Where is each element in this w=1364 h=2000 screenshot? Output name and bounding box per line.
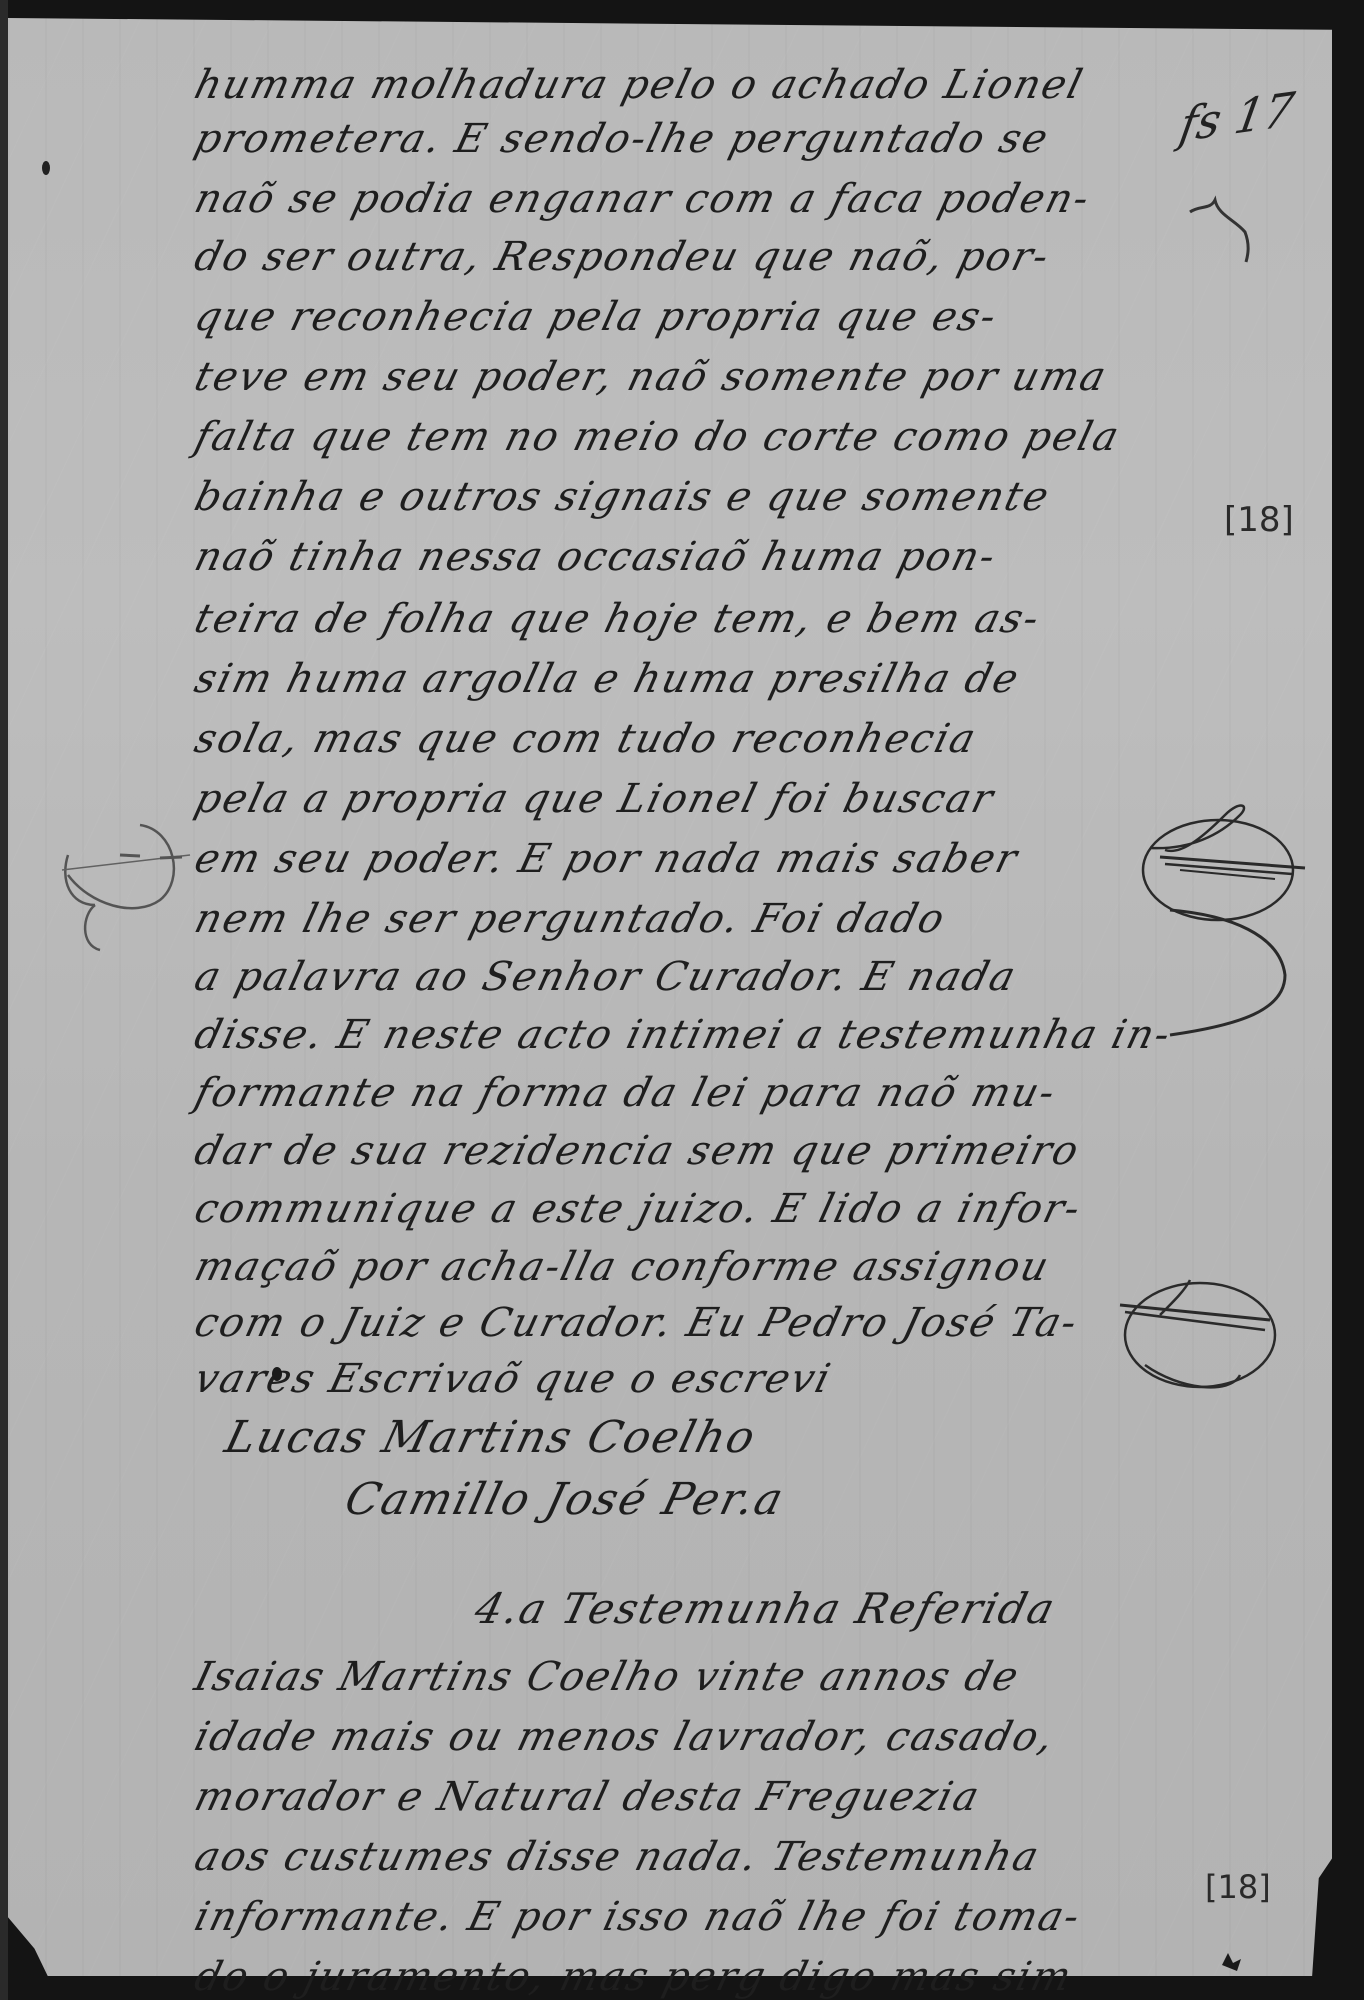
text-line: com o Juiz e Curador. Eu Pedro José Ta-: [190, 1300, 1083, 1346]
text-line: bainha e outros signais e que somente: [190, 474, 1055, 520]
text-line: informante. E por isso naõ lhe foi toma-: [190, 1894, 1086, 1940]
text-line: prometera. E sendo-lhe perguntado se: [190, 116, 1054, 162]
text-line: humma molhadura pelo o achado Lionel: [190, 62, 1088, 108]
text-line: maçaõ por acha-lla conforme assignou: [190, 1244, 1055, 1290]
text-line: falta que tem no meio do corte como pela: [190, 414, 1125, 460]
text-line: sim huma argolla e huma presilha de: [190, 656, 1025, 702]
text-line: pela a propria que Lionel foi buscar: [190, 776, 999, 822]
text-line: em seu poder. E por nada mais saber: [190, 836, 1023, 882]
text-line: morador e Natural desta Freguezia: [190, 1774, 985, 1820]
text-line: aos custumes disse nada. Testemunha: [190, 1834, 1045, 1880]
scan-left-edge: [0, 0, 8, 2000]
text-line: teira de folha que hoje tem, e bem as-: [190, 596, 1045, 642]
text-line: idade mais ou menos lavrador, casado,: [190, 1714, 1060, 1760]
text-line: Isaias Martins Coelho vinte annos de: [190, 1654, 1025, 1700]
archive-number-mid: [18]: [1224, 500, 1294, 540]
archive-number-bottom: [18]: [1205, 1868, 1271, 1906]
text-line: vares Escrivaõ que o escrevi: [190, 1356, 837, 1402]
text-line: naõ se podia enganar com a faca poden-: [190, 176, 1095, 222]
text-line: dar de sua rezidencia sem que primeiro: [190, 1128, 1085, 1174]
text-line: sola, mas que com tudo reconhecia: [190, 716, 982, 762]
text-line: communique a este juizo. E lido a infor-: [190, 1186, 1087, 1232]
signature-lucas-martins-coelho: Lucas Martins Coelho: [220, 1412, 762, 1463]
text-line: nem lhe ser perguntado. Foi dado: [190, 896, 951, 942]
text-line: a palavra ao Senhor Curador. E nada: [190, 954, 1022, 1000]
text-line: naõ tinha nessa occasiaõ huma pon-: [190, 534, 1002, 580]
text-line: do ser outra, Respondeu que naõ, por-: [190, 234, 1055, 280]
signature-camillo-jose: Camillo José Per.a: [340, 1474, 790, 1525]
text-line: do o juramento, mas perg digo mas sim: [190, 1954, 1078, 2000]
section-heading: 4.a Testemunha Referida: [470, 1584, 1061, 1633]
text-line: teve em seu poder, naõ somente por uma: [190, 354, 1112, 400]
text-line: que reconhecia pela propria que es-: [190, 294, 1002, 340]
text-line: disse. E neste acto intimei a testemunha…: [190, 1012, 1176, 1058]
text-line: formante na forma da lei para naõ mu-: [190, 1070, 1061, 1116]
